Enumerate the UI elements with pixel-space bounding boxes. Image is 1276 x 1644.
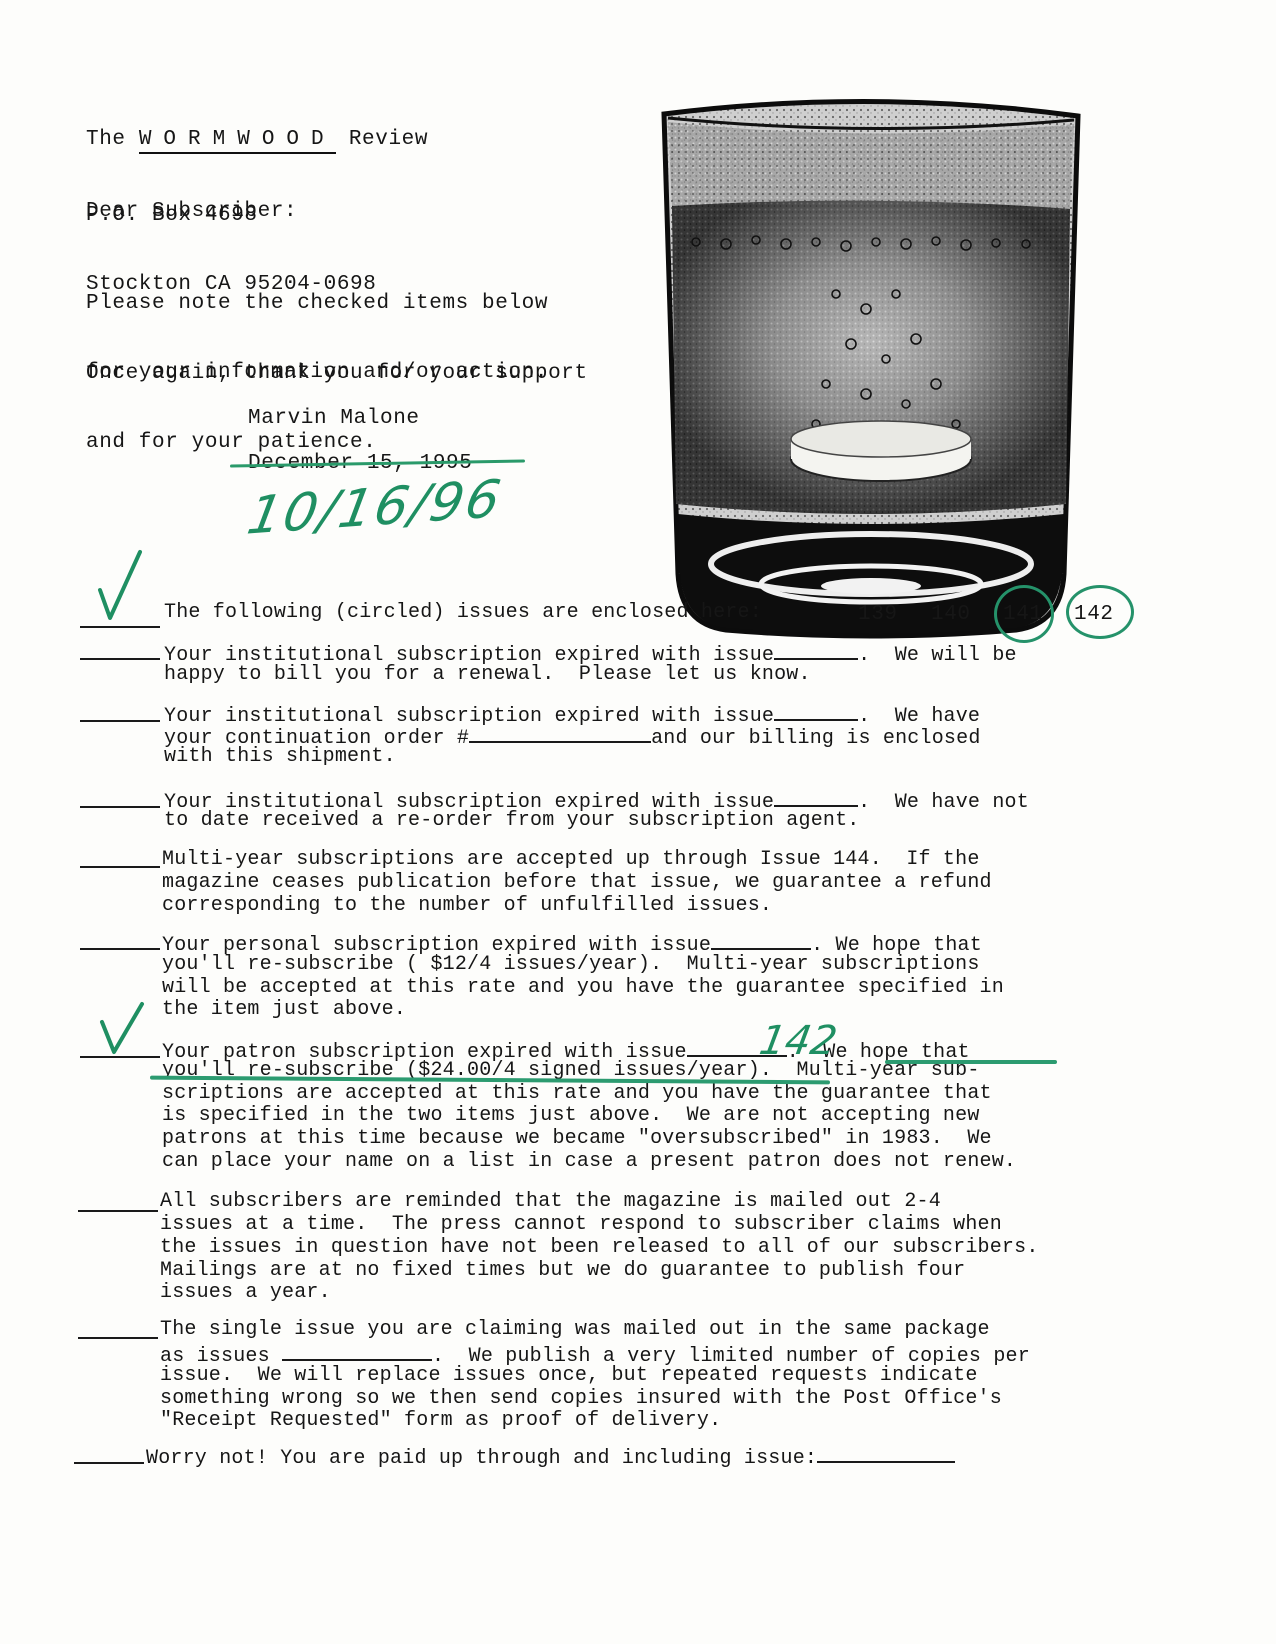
item-text-line: issues at a time. The press cannot respo…: [160, 1213, 1002, 1236]
item-text-line: magazine ceases publication before that …: [162, 871, 992, 894]
green-checkmark-icon: [96, 548, 146, 623]
issues-blank-field[interactable]: [282, 1341, 432, 1361]
title-suffix: Review: [349, 128, 428, 151]
item-text-line: Multi-year subscriptions are accepted up…: [162, 848, 980, 871]
item-text-line: you'll re-subscribe ( $12/4 issues/year)…: [162, 953, 980, 976]
item-checkbox-blank[interactable]: [74, 1462, 144, 1464]
thanks-line: and for your patience.: [86, 431, 588, 454]
salutation: Dear Subscriber:: [86, 200, 297, 223]
green-circle-mark: [994, 585, 1054, 643]
item-checkbox-blank[interactable]: [80, 658, 160, 660]
item-checkbox-blank[interactable]: [80, 866, 160, 868]
paid-through-issue-field[interactable]: [817, 1443, 955, 1463]
issue-number: 139: [858, 603, 898, 626]
item-text-line: issue. We will replace issues once, but …: [160, 1364, 978, 1387]
handwritten-date: 10/16/96: [243, 469, 507, 546]
intro-line: Please note the checked items below: [86, 292, 548, 315]
item-checkbox-blank[interactable]: [80, 626, 160, 628]
item-checkbox-blank[interactable]: [78, 1337, 158, 1339]
thanks-line: Once again, thank you for your support: [86, 362, 588, 385]
item-text-line: with this shipment.: [164, 745, 396, 768]
title-wordmark: WORMWOOD: [139, 128, 336, 154]
item-checkbox-blank[interactable]: [80, 720, 160, 722]
continuation-order-field[interactable]: [469, 723, 651, 743]
item-text-line: to date received a re-order from your su…: [164, 809, 860, 832]
item-checkbox-blank[interactable]: [80, 948, 160, 950]
item-text-line: patrons at this time because we became "…: [162, 1127, 992, 1150]
item-text-line: Mailings are at no fixed times but we do…: [160, 1259, 965, 1282]
item-text-line: something wrong so we then send copies i…: [160, 1387, 1002, 1410]
item-checkbox-blank[interactable]: [80, 806, 160, 808]
item-checkbox-blank[interactable]: [78, 1210, 158, 1212]
signature-name: Marvin Malone: [248, 407, 420, 430]
issue-blank-field[interactable]: [711, 930, 811, 950]
item-text-line: the issues in question have not been rel…: [160, 1236, 1039, 1259]
issue-blank-field[interactable]: [774, 640, 858, 660]
item-text-line: is specified in the two items just above…: [162, 1104, 980, 1127]
issue-number: 140: [931, 603, 971, 626]
item-text-line: will be accepted at this rate and you ha…: [162, 976, 1004, 999]
item-text-line: corresponding to the number of unfulfill…: [162, 894, 772, 917]
item-text-line: issues a year.: [160, 1281, 331, 1304]
item-text-line: happy to bill you for a renewal. Please …: [164, 663, 811, 686]
green-underline-mark: [885, 1060, 1057, 1064]
item-text-line: "Receipt Requested" form as proof of del…: [160, 1409, 721, 1432]
issue-blank-field[interactable]: [774, 787, 858, 807]
issue-blank-field[interactable]: [774, 701, 858, 721]
publication-title: The WORMWOOD Review: [86, 128, 428, 151]
item-text-line: Worry not! You are paid up through and i…: [146, 1443, 955, 1470]
item-text-line: the item just above.: [162, 998, 406, 1021]
item-text: The following (circled) issues are enclo…: [164, 601, 762, 624]
green-circle-mark: [1066, 585, 1134, 639]
green-checkmark-icon: [98, 1000, 146, 1056]
item-text-line: All subscribers are reminded that the ma…: [160, 1190, 941, 1213]
item-text-line: The single issue you are claiming was ma…: [160, 1318, 990, 1341]
item-checkbox-blank[interactable]: [80, 1056, 160, 1058]
item-text-line: scriptions are accepted at this rate and…: [162, 1082, 992, 1105]
handwritten-issue-number: 142: [756, 1018, 840, 1064]
glass-illustration: [656, 58, 1086, 657]
title-prefix: The: [86, 128, 126, 151]
item-text-line: can place your name on a list in case a …: [162, 1150, 1016, 1173]
glass-with-tablet-image: [656, 94, 1086, 639]
